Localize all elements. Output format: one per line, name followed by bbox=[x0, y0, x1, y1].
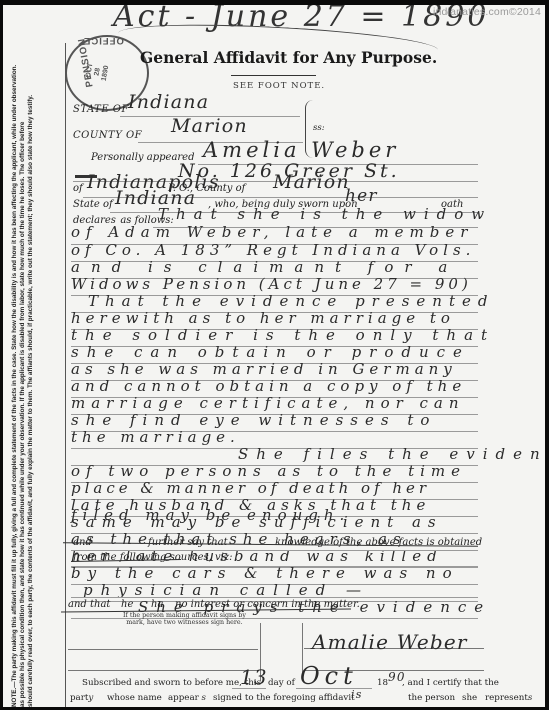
subscribed-label: Subscribed and sworn to before me, this bbox=[82, 678, 261, 688]
stamp-ring-top: OFFICE bbox=[83, 35, 124, 46]
statement-line[interactable]: That the evidence presented bbox=[88, 292, 494, 310]
appear-word: appear bbox=[168, 693, 199, 703]
party-label: party bbox=[70, 693, 95, 703]
signed-label: signed to the foregoing affidavit bbox=[213, 693, 355, 703]
day-value[interactable]: 13 bbox=[240, 665, 268, 689]
statement-line[interactable]: as the that she hears, as bbox=[71, 530, 407, 548]
statement-line[interactable]: same may be sufficient as bbox=[71, 513, 443, 531]
statement-line[interactable]: place & manner of death of her bbox=[71, 479, 430, 497]
statement-line[interactable]: the marriage. bbox=[71, 428, 240, 446]
day-line bbox=[232, 688, 266, 689]
affiant-county-value[interactable]: Marion bbox=[273, 171, 350, 193]
margin-line: should carefully read over, to each part… bbox=[27, 27, 35, 707]
state-value[interactable]: Indiana bbox=[128, 91, 209, 113]
state-of-label: State of bbox=[73, 199, 113, 210]
statement-line[interactable]: and cannot obtain a copy of the bbox=[71, 377, 466, 395]
statement-line[interactable]: as she was married in Germany bbox=[71, 360, 457, 378]
person-label: the person bbox=[408, 693, 455, 703]
statement-line[interactable]: and is claimant for a bbox=[71, 258, 458, 276]
of-label: of bbox=[73, 183, 83, 194]
day-of-label: day of bbox=[268, 678, 295, 688]
party-suffix[interactable]: y bbox=[88, 693, 94, 703]
statement-line[interactable]: physician called — bbox=[83, 581, 369, 599]
watermark: indianaties.com©2014 bbox=[433, 6, 541, 18]
month-value[interactable]: Oct bbox=[300, 662, 358, 690]
certify-label: , and I certify that the bbox=[402, 678, 499, 688]
state-label: STATE OF bbox=[73, 104, 129, 115]
margin-rule bbox=[65, 43, 66, 707]
witness-note: If the person making affidavit signs by … bbox=[123, 612, 246, 626]
statement-line[interactable]: she find eye witnesses to bbox=[71, 411, 436, 429]
statement-line[interactable]: of Adam Weber, late a member bbox=[71, 223, 473, 241]
footnote-reference: SEE FOOT NOTE. bbox=[233, 81, 325, 91]
margin-instructions: NOTE.—The party making this affidavit mu… bbox=[3, 5, 65, 707]
margin-line: NOTE.—The party making this affidavit mu… bbox=[11, 27, 19, 707]
represent-suffix[interactable]: s bbox=[528, 693, 534, 703]
statement-line[interactable]: of Co. A 183” Regt Indiana Vols. bbox=[71, 241, 475, 259]
margin-line: as possible his physical condition then,… bbox=[19, 27, 27, 707]
page-title: General Affidavit for Any Purpose. bbox=[140, 48, 437, 67]
represent-label: represents bbox=[485, 693, 534, 703]
whose-name-label: whose name bbox=[107, 693, 162, 703]
witness-line-1 bbox=[68, 649, 258, 650]
pronoun-value[interactable]: her bbox=[345, 186, 378, 206]
witness-note-line: If the person making affidavit signs by bbox=[123, 612, 246, 619]
statement-line[interactable]: That she is the widow bbox=[158, 205, 492, 223]
appear-label: appear s bbox=[168, 693, 207, 703]
statement-line[interactable]: marriage certificate, nor can bbox=[71, 394, 465, 412]
stamp-date: OCT 28 1890 bbox=[84, 55, 125, 91]
margin-instructions-text: NOTE.—The party making this affidavit mu… bbox=[11, 27, 59, 707]
statement-line[interactable]: Widows Pension (Act June 27 = 90) bbox=[71, 275, 472, 293]
affiant-name[interactable]: Amelia Weber bbox=[203, 138, 399, 162]
appear-suffix[interactable]: s bbox=[202, 693, 208, 703]
ss-label: ss: bbox=[313, 123, 325, 133]
affidavit-page: indianaties.com©2014 NOTE.—The party mak… bbox=[3, 5, 545, 707]
statement-line[interactable]: by the cars & there was no bbox=[71, 564, 459, 582]
statement-line[interactable]: her late husband was killed bbox=[71, 547, 443, 565]
statement-line[interactable]: of two persons as to the time bbox=[71, 462, 466, 480]
statement-line[interactable]: the soldier is the only that bbox=[71, 326, 495, 344]
statement-line[interactable]: She files the evidence bbox=[238, 445, 545, 463]
title-rule bbox=[231, 75, 316, 76]
represent-word: represent bbox=[485, 693, 528, 703]
statement-line[interactable]: she can obtain or produce bbox=[71, 343, 470, 361]
she-label: she bbox=[462, 693, 477, 703]
year-prefix: 18 bbox=[377, 678, 388, 688]
statement-line[interactable]: late husband & asks that the bbox=[71, 496, 430, 514]
affiant-signature[interactable]: Amalie Weber bbox=[312, 630, 468, 654]
witness-line-2 bbox=[68, 670, 258, 671]
affidavit-value[interactable]: is bbox=[351, 688, 363, 701]
party-word: part bbox=[70, 693, 88, 703]
county-label: COUNTY OF bbox=[73, 130, 142, 141]
witness-note-line: mark, have two witnesses sign here. bbox=[123, 619, 246, 626]
county-value[interactable]: Marion bbox=[171, 115, 248, 137]
statement-line[interactable]: herewith as to her marriage to bbox=[71, 309, 455, 327]
